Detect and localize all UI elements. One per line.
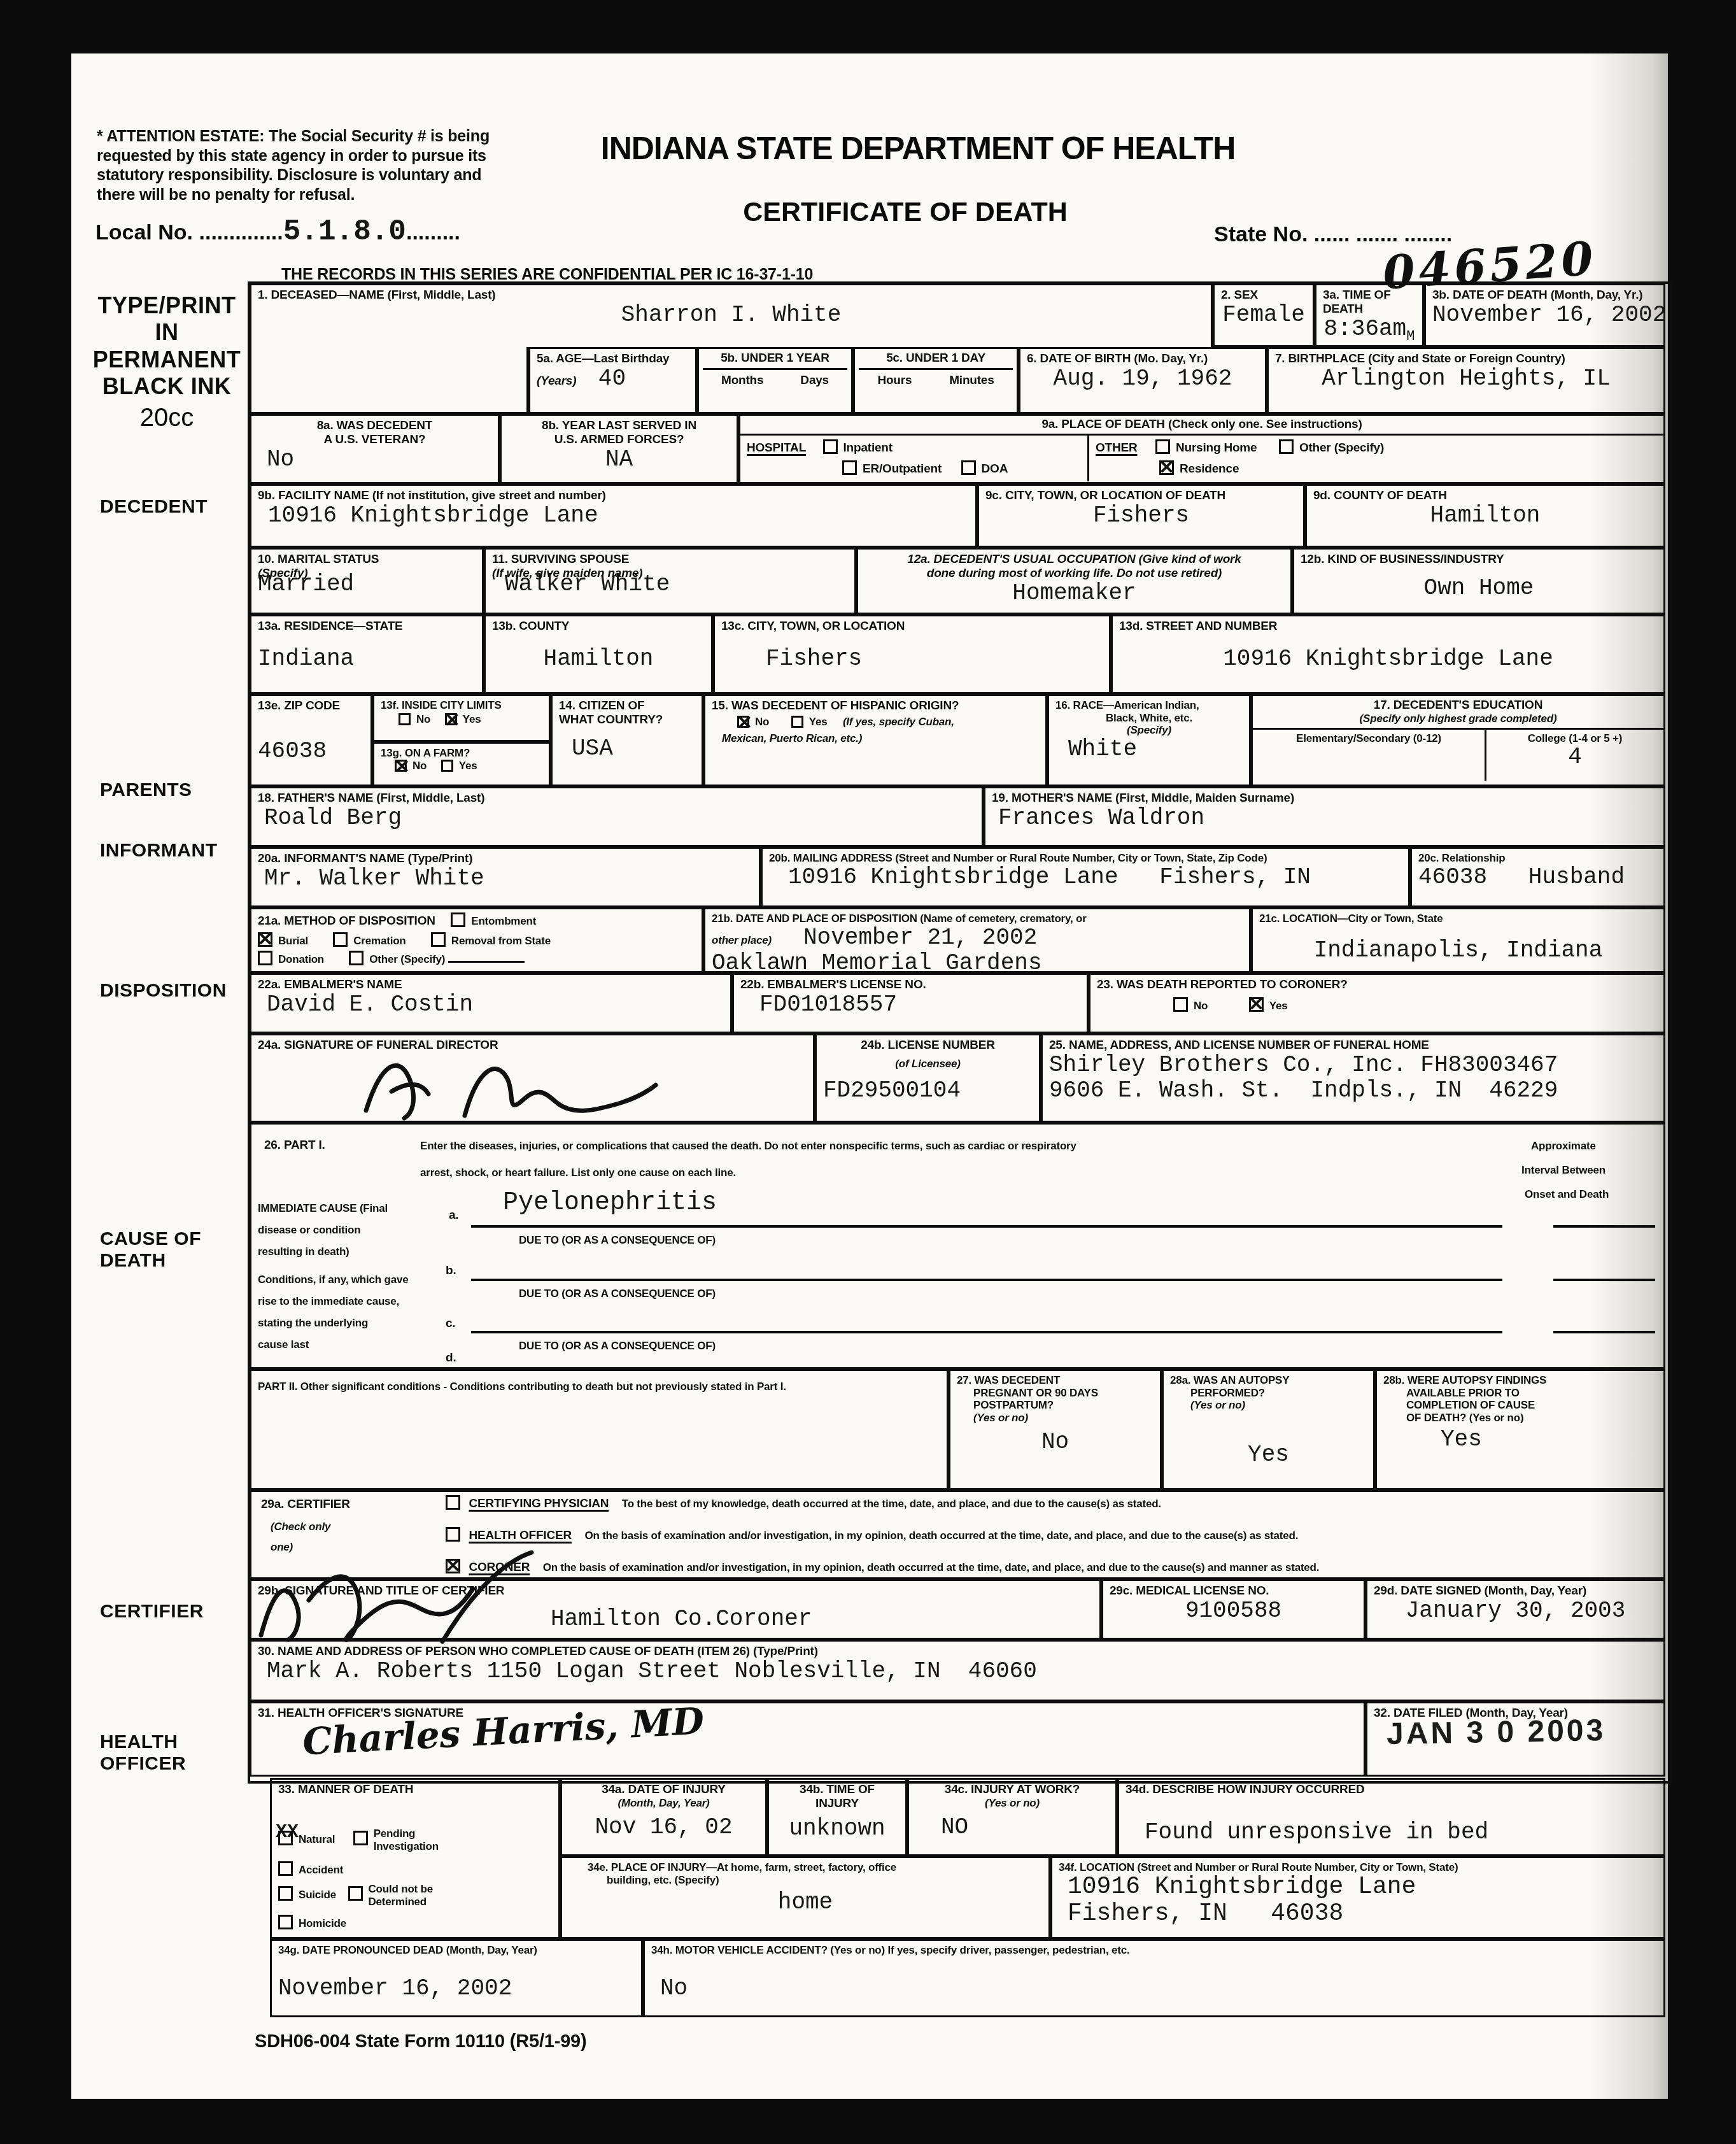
field-label: 18. FATHER'S NAME (First, Middle, Last) bbox=[258, 792, 975, 806]
field-value: 10916 Knightsbridge Lane bbox=[258, 503, 969, 529]
field-autopsy: 28a. WAS AN AUTOPSY PERFORMED? (Yes or n… bbox=[1162, 1369, 1375, 1490]
checkbox-removal bbox=[431, 932, 446, 947]
cause-line-b bbox=[471, 1253, 1502, 1281]
field-value: White bbox=[1055, 737, 1243, 762]
field-injury-at-work: 34c. INJURY AT WORK? (Yes or no) NO bbox=[907, 1778, 1117, 1856]
field-occupation: 12a. DECEDENT'S USUAL OCCUPATION (Give k… bbox=[856, 548, 1292, 614]
certifier-label: 29a. CERTIFIER bbox=[261, 1498, 350, 1512]
field-sublabel: (Specify) bbox=[1055, 724, 1243, 737]
field-label: INJURY bbox=[775, 1797, 899, 1811]
field-label: 22a. EMBALMER'S NAME bbox=[258, 978, 724, 992]
hispanic-hint: (If yes, specify Cuban, bbox=[843, 716, 954, 728]
field-label: 34a. DATE OF INJURY bbox=[568, 1783, 759, 1797]
field-value: Mr. Walker White bbox=[258, 866, 752, 891]
city-limits-yes-label: Yes bbox=[463, 713, 481, 725]
field-value: 46038 Husband bbox=[1418, 865, 1657, 890]
elementary-label: Elementary/Secondary (0-12) bbox=[1258, 732, 1479, 745]
local-no-label: Local No. bbox=[95, 220, 193, 245]
field-value: Hamilton bbox=[1313, 503, 1657, 529]
field-label: 20a. INFORMANT'S NAME (Type/Print) bbox=[258, 852, 752, 866]
page-title: INDIANA STATE DEPARTMENT OF HEALTH bbox=[536, 130, 1300, 167]
checkbox-nursing-home bbox=[1155, 439, 1170, 454]
sidebar-health-officer-line: HEALTH bbox=[100, 1731, 186, 1753]
pending-label: Investigation bbox=[374, 1840, 439, 1852]
field-informant-address: 20b. MAILING ADDRESS (Street and Number … bbox=[761, 847, 1410, 907]
field-funeral-home: 25. NAME, ADDRESS, AND LICENSE NUMBER OF… bbox=[1041, 1033, 1665, 1123]
field-residence-city: 13c. CITY, TOWN, OR LOCATION Fishers bbox=[713, 614, 1111, 694]
field-label: 5a. AGE—Last Birthday bbox=[537, 352, 689, 366]
interval-label: Approximate bbox=[1531, 1140, 1596, 1153]
checkbox-homicide bbox=[278, 1915, 293, 1929]
checkbox-disposition-other bbox=[349, 951, 363, 965]
field-label: 34b. TIME OF bbox=[775, 1783, 899, 1797]
field-on-a-farm: 13g. ON A FARM? No Yes bbox=[372, 742, 551, 786]
checkbox-coroner-yes bbox=[1249, 997, 1264, 1012]
natural-label: Natural bbox=[299, 1833, 335, 1845]
field-label: 15. WAS DECEDENT OF HISPANIC ORIGIN? bbox=[712, 699, 1039, 713]
field-label: 5c. UNDER 1 DAY bbox=[859, 351, 1013, 370]
checkbox-could-not-be-determined bbox=[348, 1886, 363, 1901]
field-value: Yes bbox=[1383, 1427, 1657, 1452]
sidebar-parents: PARENTS bbox=[100, 779, 192, 801]
field-label: 3a. TIME OF DEATH bbox=[1323, 288, 1416, 316]
field-label: COMPLETION OF CAUSE bbox=[1383, 1399, 1657, 1412]
field-sublabel: (of Licensee) bbox=[823, 1058, 1033, 1070]
education-college: College (1-4 or 5 +) 4 bbox=[1485, 730, 1663, 781]
field-informant-name: 20a. INFORMANT'S NAME (Type/Print) Mr. W… bbox=[250, 847, 761, 907]
field-label: WHAT COUNTRY? bbox=[559, 713, 695, 727]
field-value: No bbox=[957, 1430, 1154, 1455]
field-facility-name: 9b. FACILITY NAME (If not institution, g… bbox=[250, 484, 977, 548]
field-residence-state: 13a. RESIDENCE—STATE Indiana bbox=[250, 614, 484, 694]
field-label: 34h. MOTOR VEHICLE ACCIDENT? (Yes or no)… bbox=[651, 1944, 1657, 1957]
field-label: 3b. DATE OF DEATH (Month, Day, Yr.) bbox=[1432, 288, 1657, 302]
field-value: Arlington Heights, IL bbox=[1275, 366, 1657, 392]
col-days: Days bbox=[800, 374, 829, 388]
field-label: 34f. LOCATION (Street and Number or Rura… bbox=[1059, 1861, 1657, 1874]
burial-label: Burial bbox=[278, 935, 308, 947]
field-veteran: 8a. WAS DECEDENT A U.S. VETERAN? No bbox=[250, 414, 500, 484]
field-method-of-disposition: 21a. METHOD OF DISPOSITION Entombment Bu… bbox=[250, 907, 703, 973]
field-disposition-location: 21c. LOCATION—City or Town, State Indian… bbox=[1251, 907, 1665, 973]
checkbox-city-limits-yes bbox=[445, 713, 457, 725]
field-label: 6. DATE OF BIRTH (Mo. Day, Yr.) bbox=[1027, 352, 1259, 366]
field-label: 13c. CITY, TOWN, OR LOCATION bbox=[721, 620, 1103, 634]
field-label: 9b. FACILITY NAME (If not institution, g… bbox=[258, 489, 969, 503]
field-value: Frances Waldron bbox=[992, 806, 1657, 831]
field-time-of-injury: 34b. TIME OF INJURY unknown bbox=[767, 1778, 907, 1856]
conditions-label: stating the underlying bbox=[258, 1317, 368, 1330]
immediate-cause-label: IMMEDIATE CAUSE (Final bbox=[258, 1202, 388, 1215]
field-label: 1. DECEASED—NAME (First, Middle, Last) bbox=[258, 288, 1204, 302]
checkbox-other-specify bbox=[1279, 439, 1294, 454]
field-label: AVAILABLE PRIOR TO bbox=[1383, 1387, 1657, 1400]
other-label: OTHER bbox=[1096, 441, 1138, 455]
field-value: NO bbox=[915, 1815, 1109, 1840]
field-value: USA bbox=[559, 736, 695, 762]
field-label: 14. CITIZEN OF bbox=[559, 699, 695, 713]
field-value-suffix: M bbox=[1406, 329, 1415, 344]
field-label: 23. WAS DEATH REPORTED TO CORONER? bbox=[1097, 978, 1657, 992]
interval-line-c bbox=[1553, 1305, 1655, 1333]
field-label: 29d. DATE SIGNED (Month, Day, Year) bbox=[1374, 1584, 1657, 1598]
health-officer-option: HEALTH OFFICER On the basis of examinati… bbox=[446, 1527, 1655, 1543]
form-number: SDH06-004 State Form 10110 (R5/1-99) bbox=[255, 2031, 587, 2053]
could-not-label: Determined bbox=[369, 1896, 427, 1908]
local-no-value: 5.1.8.0 bbox=[283, 215, 406, 248]
sidebar-disposition: DISPOSITION bbox=[100, 980, 227, 1002]
sidebar-informant: INFORMANT bbox=[100, 840, 217, 862]
cremation-label: Cremation bbox=[353, 935, 406, 947]
checkbox-cremation bbox=[333, 932, 348, 947]
accident-label: Accident bbox=[299, 1864, 343, 1876]
field-label: 16. RACE—American Indian, bbox=[1055, 699, 1243, 712]
confidential-note: THE RECORDS IN THIS SERIES ARE CONFIDENT… bbox=[281, 266, 813, 284]
field-deceased-name: 1. DECEASED—NAME (First, Middle, Last) S… bbox=[250, 283, 1213, 347]
field-sublabel: (Specify only highest grade completed) bbox=[1259, 713, 1657, 725]
sidebar-health-officer: HEALTH OFFICER bbox=[100, 1731, 186, 1775]
state-no-label: State No. bbox=[1214, 222, 1308, 246]
checkbox-farm-no bbox=[395, 760, 407, 772]
field-value: Homemaker bbox=[864, 581, 1284, 606]
checkbox-doa bbox=[961, 460, 976, 475]
field-time-of-death: 3a. TIME OF DEATH 8:36amM bbox=[1315, 283, 1424, 347]
donation-label: Donation bbox=[278, 953, 324, 965]
local-no-dots-pre: .............. bbox=[199, 220, 283, 245]
place-other-group: OTHER Nursing Home Other (Specify) Resid… bbox=[1087, 436, 1663, 481]
field-value: 10916 Knightsbridge Lane Fishers, IN bbox=[769, 865, 1402, 890]
field-certifier-signature: 29b. SIGNATURE AND TITLE OF CERTIFIER Ha… bbox=[250, 1579, 1101, 1640]
checkbox-certifying-physician bbox=[446, 1495, 460, 1510]
page-subtitle: CERTIFICATE OF DEATH bbox=[619, 197, 1192, 228]
checkbox-city-limits-no bbox=[399, 713, 411, 725]
college-value: 4 bbox=[1492, 744, 1658, 770]
line-c-label: c. bbox=[446, 1317, 455, 1331]
coroner-no-label: No bbox=[1194, 1000, 1208, 1012]
field-label: 12b. KIND OF BUSINESS/INDUSTRY bbox=[1301, 553, 1657, 567]
field-label: A U.S. VETERAN? bbox=[258, 433, 491, 447]
certifier-sublabel: (Check only bbox=[271, 1521, 330, 1533]
field-value: David E. Costin bbox=[258, 992, 724, 1018]
field-hispanic-origin: 15. WAS DECEDENT OF HISPANIC ORIGIN? No … bbox=[703, 694, 1047, 786]
field-how-injury-occurred: 34d. DESCRIBE HOW INJURY OCCURRED Found … bbox=[1117, 1778, 1665, 1856]
field-label: 33. MANNER OF DEATH bbox=[278, 1783, 552, 1797]
field-residence-street: 13d. STREET AND NUMBER 10916 Knightsbrid… bbox=[1111, 614, 1665, 694]
coroner-option: CORONER On the basis of examination and/… bbox=[446, 1559, 1655, 1575]
field-date-of-death: 3b. DATE OF DEATH (Month, Day, Yr.) Nove… bbox=[1424, 283, 1665, 347]
part1-instructions: arrest, shock, or heart failure. List on… bbox=[420, 1167, 1490, 1179]
field-autopsy-findings: 28b. WERE AUTOPSY FINDINGS AVAILABLE PRI… bbox=[1375, 1369, 1665, 1490]
field-value: NA bbox=[508, 447, 730, 472]
line-d-label: d. bbox=[446, 1351, 456, 1365]
field-completed-by: 30. NAME AND ADDRESS OF PERSON WHO COMPL… bbox=[250, 1640, 1665, 1701]
field-label: 34g. DATE PRONOUNCED DEAD (Month, Day, Y… bbox=[278, 1944, 635, 1957]
field-label: 17. DECEDENT'S EDUCATION bbox=[1259, 699, 1657, 713]
field-label: PREGNANT OR 90 DAYS bbox=[957, 1387, 1154, 1400]
field-reported-to-coroner: 23. WAS DEATH REPORTED TO CORONER? No Ye… bbox=[1089, 973, 1665, 1033]
field-value: November 16, 2002 bbox=[1432, 302, 1657, 328]
pending-label: Pending bbox=[374, 1828, 416, 1840]
field-label: 8b. YEAR LAST SERVED IN bbox=[508, 419, 730, 433]
field-sublabel: building, etc. (Specify) bbox=[568, 1874, 1042, 1887]
nursing-home-label: Nursing Home bbox=[1176, 441, 1257, 455]
sidebar-instruction-line: BLACK INK bbox=[84, 373, 250, 400]
field-value: Married bbox=[258, 572, 476, 597]
field-manner-of-death: 33. MANNER OF DEATH XX Natural PendingIn… bbox=[270, 1778, 560, 1939]
field-value: January 30, 2003 bbox=[1374, 1598, 1657, 1624]
part1-label: 26. PART I. bbox=[264, 1139, 325, 1153]
field-pregnant: 27. WAS DECEDENT PREGNANT OR 90 DAYS POS… bbox=[949, 1369, 1162, 1490]
field-value: Indiana bbox=[258, 646, 476, 672]
education-elementary: Elementary/Secondary (0-12) bbox=[1253, 730, 1485, 781]
field-date-filed: 32. DATE FILED (Month, Day, Year) JAN 3 … bbox=[1366, 1701, 1665, 1777]
death-certificate-scan: * ATTENTION ESTATE: The Social Security … bbox=[0, 0, 1736, 2144]
health-officer-text: On the basis of examination and/or inves… bbox=[584, 1530, 1298, 1542]
field-death-county: 9d. COUNTY OF DEATH Hamilton bbox=[1305, 484, 1665, 548]
field-label: done during most of working life. Do not… bbox=[864, 567, 1284, 581]
doa-label: DOA bbox=[982, 462, 1008, 476]
checkbox-farm-yes bbox=[441, 760, 453, 772]
field-part2: PART II. Other significant conditions - … bbox=[250, 1369, 949, 1490]
part2-label: PART II. Other significant conditions - … bbox=[258, 1381, 940, 1393]
field-value: unknown bbox=[775, 1816, 899, 1842]
field-death-city: 9c. CITY, TOWN, OR LOCATION OF DEATH Fis… bbox=[977, 484, 1305, 548]
field-value: Walker White bbox=[492, 572, 848, 597]
field-date-signed: 29d. DATE SIGNED (Month, Day, Year) Janu… bbox=[1366, 1579, 1665, 1640]
field-sex: 2. SEX Female bbox=[1213, 283, 1315, 347]
field-injury-location: 34f. LOCATION (Street and Number or Rura… bbox=[1050, 1856, 1665, 1939]
field-value: home bbox=[568, 1890, 1042, 1915]
place-hospital-group: HOSPITAL Inpatient ER/Outpatient DOA bbox=[740, 436, 1087, 481]
field-value: Female bbox=[1221, 302, 1306, 328]
field-label: PERFORMED? bbox=[1170, 1387, 1367, 1400]
field-label: 7. BIRTHPLACE (City and State or Foreign… bbox=[1275, 352, 1657, 366]
line-b-label: b. bbox=[446, 1264, 456, 1278]
field-place-of-death: 9a. PLACE OF DEATH (Check only one. See … bbox=[738, 414, 1665, 484]
field-date-of-injury: 34a. DATE OF INJURY (Month, Day, Year) N… bbox=[560, 1778, 767, 1856]
interval-line-a bbox=[1553, 1200, 1655, 1228]
field-race: 16. RACE—American Indian, Black, White, … bbox=[1047, 694, 1251, 786]
field-sublabel: (Yes or no) bbox=[915, 1797, 1109, 1810]
field-funeral-director-signature: 24a. SIGNATURE OF FUNERAL DIRECTOR bbox=[250, 1033, 815, 1123]
field-value: Aug. 19, 1962 bbox=[1027, 366, 1259, 392]
field-date-place-disposition: 21b. DATE AND PLACE OF DISPOSITION (Name… bbox=[703, 907, 1251, 973]
field-label: 21c. LOCATION—City or Town, State bbox=[1259, 912, 1657, 925]
field-value: 40 bbox=[598, 366, 626, 392]
col-minutes: Minutes bbox=[949, 374, 994, 388]
field-value: No bbox=[651, 1976, 1657, 2001]
field-label: 28a. WAS AN AUTOPSY bbox=[1170, 1374, 1367, 1387]
field-label: 8a. WAS DECEDENT bbox=[258, 419, 491, 433]
field-age: 5a. AGE—Last Birthday (Years) 40 bbox=[528, 347, 697, 414]
field-label: 10. MARITAL STATUS bbox=[258, 553, 476, 567]
field-value: Fishers bbox=[985, 503, 1297, 529]
field-sublabel: other place) bbox=[712, 934, 772, 947]
field-label: 34d. DESCRIBE HOW INJURY OCCURRED bbox=[1126, 1783, 1657, 1797]
certifying-physician-option: CERTIFYING PHYSICIAN To the best of my k… bbox=[446, 1495, 1655, 1511]
field-embalmer-name: 22a. EMBALMER'S NAME David E. Costin bbox=[250, 973, 732, 1033]
sidebar-cause-of-death: CAUSE OF DEATH bbox=[100, 1228, 201, 1272]
disposition-date-value: November 21, 2002 bbox=[803, 925, 1037, 951]
interval-label: Interval Between bbox=[1521, 1164, 1605, 1177]
local-no: Local No. ..............5.1.8.0......... bbox=[95, 216, 460, 248]
checkbox-entombment bbox=[451, 912, 465, 927]
field-year-served: 8b. YEAR LAST SERVED IN U.S. ARMED FORCE… bbox=[500, 414, 738, 484]
field-value: Fishers bbox=[721, 646, 1103, 672]
could-not-label: Could not be bbox=[369, 1883, 433, 1895]
field-label: Black, White, etc. bbox=[1055, 712, 1243, 725]
field-father-name: 18. FATHER'S NAME (First, Middle, Last) … bbox=[250, 786, 984, 847]
funeral-home-line1: Shirley Brothers Co., Inc. FH83003467 bbox=[1049, 1053, 1657, 1078]
field-label: 13d. STREET AND NUMBER bbox=[1119, 620, 1657, 634]
checkbox-residence bbox=[1159, 460, 1174, 475]
field-deceased-name-cont bbox=[250, 347, 528, 414]
field-value: Sharron I. White bbox=[258, 302, 1204, 328]
field-label: 20c. Relationship bbox=[1418, 852, 1657, 865]
disposition-other-label: Other (Specify) bbox=[369, 953, 445, 965]
field-value: 8:36am bbox=[1324, 316, 1407, 342]
field-under-1-day: 5c. UNDER 1 DAY Hours Minutes bbox=[853, 347, 1019, 414]
field-label: 27. WAS DECEDENT bbox=[957, 1374, 1154, 1387]
entombment-label: Entombment bbox=[471, 915, 536, 927]
field-label: 34e. PLACE OF INJURY—At home, farm, stre… bbox=[568, 1861, 1042, 1874]
field-birthplace: 7. BIRTHPLACE (City and State or Foreign… bbox=[1267, 347, 1665, 414]
field-sublabel: (Years) bbox=[537, 374, 576, 388]
field-label: 21a. METHOD OF DISPOSITION bbox=[258, 914, 435, 928]
field-label: 21b. DATE AND PLACE OF DISPOSITION (Name… bbox=[712, 912, 1087, 925]
farm-yes-label: Yes bbox=[459, 760, 477, 772]
field-label: 5b. UNDER 1 YEAR bbox=[703, 351, 847, 370]
sidebar-cause-line: DEATH bbox=[100, 1250, 201, 1272]
checkbox-inpatient bbox=[823, 439, 838, 454]
sidebar-instruction-line: TYPE/PRINT bbox=[84, 292, 250, 319]
checkbox-accident bbox=[278, 1861, 293, 1876]
field-marital-status: 10. MARITAL STATUS (Specify) Married bbox=[250, 548, 484, 614]
hospital-label: HOSPITAL bbox=[747, 441, 806, 455]
immediate-cause-label: disease or condition bbox=[258, 1224, 360, 1237]
field-label: 19. MOTHER'S NAME (First, Middle, Maiden… bbox=[992, 792, 1657, 806]
line-a-label: a. bbox=[449, 1209, 458, 1223]
field-label: 11. SURVIVING SPOUSE bbox=[492, 553, 848, 567]
field-label: 9d. COUNTY OF DEATH bbox=[1313, 489, 1657, 503]
field-label: 9c. CITY, TOWN, OR LOCATION OF DEATH bbox=[985, 489, 1297, 503]
field-label: 2. SEX bbox=[1221, 288, 1306, 302]
field-value: No bbox=[258, 447, 491, 472]
field-value: 9100588 bbox=[1110, 1598, 1357, 1624]
disposition-place-value: Oaklawn Memorial Gardens bbox=[712, 951, 1243, 976]
conditions-label: cause last bbox=[258, 1338, 309, 1351]
sidebar-instruction-line: PERMANENT bbox=[84, 346, 250, 373]
field-value: 46038 bbox=[258, 739, 364, 764]
field-citizen: 14. CITIZEN OF WHAT COUNTRY? USA bbox=[551, 694, 703, 786]
checkbox-health-officer bbox=[446, 1527, 460, 1542]
field-label: 13f. INSIDE CITY LIMITS bbox=[381, 699, 542, 712]
field-label: 30. NAME AND ADDRESS OF PERSON WHO COMPL… bbox=[258, 1645, 1657, 1659]
homicide-label: Homicide bbox=[299, 1917, 346, 1929]
field-place-of-injury: 34e. PLACE OF INJURY—At home, farm, stre… bbox=[560, 1856, 1050, 1939]
checkbox-er-outpatient bbox=[842, 460, 857, 475]
field-label: POSTPARTUM? bbox=[957, 1399, 1154, 1412]
part1-instructions: Enter the diseases, injuries, or complic… bbox=[420, 1140, 1490, 1153]
college-label: College (1-4 or 5 +) bbox=[1492, 732, 1658, 745]
field-value: Nov 16, 02 bbox=[568, 1815, 759, 1840]
sidebar-volume: 20cc bbox=[84, 404, 250, 432]
sidebar-health-officer-line: OFFICER bbox=[100, 1753, 186, 1775]
local-no-dots-post: ......... bbox=[406, 220, 460, 245]
conditions-label: rise to the immediate cause, bbox=[258, 1295, 399, 1308]
col-hours: Hours bbox=[877, 374, 912, 388]
field-label: 13a. RESIDENCE—STATE bbox=[258, 620, 476, 634]
field-value: FD29500104 bbox=[823, 1078, 1033, 1104]
field-value: 10916 Knightsbridge Lane bbox=[1119, 646, 1657, 672]
other-specify-label: Other (Specify) bbox=[1299, 441, 1384, 455]
col-months: Months bbox=[721, 374, 763, 388]
field-label: 12a. DECEDENT'S USUAL OCCUPATION (Give k… bbox=[864, 553, 1284, 567]
field-value: Indianapolis, Indiana bbox=[1259, 938, 1657, 963]
field-label: 20b. MAILING ADDRESS (Street and Number … bbox=[769, 852, 1402, 865]
field-label: 22b. EMBALMER'S LICENSE NO. bbox=[740, 978, 1080, 992]
field-label: 25. NAME, ADDRESS, AND LICENSE NUMBER OF… bbox=[1049, 1039, 1657, 1053]
sidebar-instruction-line: IN bbox=[84, 319, 250, 346]
cause-line-c bbox=[471, 1305, 1502, 1333]
field-sublabel: (Month, Day, Year) bbox=[568, 1797, 759, 1810]
coroner-text: On the basis of examination and/or inves… bbox=[543, 1561, 1320, 1573]
injury-location-line1: 10916 Knightsbridge Lane bbox=[1059, 1874, 1657, 1901]
immediate-cause-label: resulting in death) bbox=[258, 1246, 349, 1258]
farm-no-label: No bbox=[413, 760, 427, 772]
field-industry: 12b. KIND OF BUSINESS/INDUSTRY Own Home bbox=[1292, 548, 1665, 614]
field-value: Own Home bbox=[1301, 576, 1657, 601]
field-motor-vehicle-accident: 34h. MOTOR VEHICLE ACCIDENT? (Yes or no)… bbox=[643, 1939, 1665, 2017]
field-value: November 16, 2002 bbox=[278, 1976, 635, 2001]
field-date-pronounced-dead: 34g. DATE PRONOUNCED DEAD (Month, Day, Y… bbox=[270, 1939, 643, 2017]
field-value: Mark A. Roberts 1150 Logan Street Nobles… bbox=[258, 1659, 1657, 1684]
field-informant-relationship: 20c. Relationship 46038 Husband bbox=[1410, 847, 1665, 907]
field-value: Found unresponsive in bed bbox=[1126, 1820, 1657, 1845]
checkbox-burial bbox=[258, 932, 272, 947]
checkbox-donation bbox=[258, 951, 272, 965]
residence-label: Residence bbox=[1180, 462, 1239, 476]
field-health-officer-signature: 31. HEALTH OFFICER'S SIGNATURE Charles H… bbox=[250, 1701, 1366, 1777]
cause-line-a bbox=[471, 1200, 1502, 1228]
due-to-label: DUE TO (OR AS A CONSEQUENCE OF) bbox=[519, 1288, 716, 1300]
field-value: Roald Berg bbox=[258, 806, 975, 831]
health-officer-label: HEALTH OFFICER bbox=[469, 1529, 572, 1542]
field-date-of-birth: 6. DATE OF BIRTH (Mo. Day, Yr.) Aug. 19,… bbox=[1019, 347, 1267, 414]
field-label: 9a. PLACE OF DEATH (Check only one. See … bbox=[740, 416, 1663, 436]
field-label: 34c. INJURY AT WORK? bbox=[915, 1783, 1109, 1797]
field-surviving-spouse: 11. SURVIVING SPOUSE (If wife, give maid… bbox=[484, 548, 856, 614]
field-label: 29c. MEDICAL LICENSE NO. bbox=[1110, 1584, 1357, 1598]
certifying-physician-text: To the best of my knowledge, death occur… bbox=[622, 1498, 1161, 1510]
checkbox-hispanic-no bbox=[737, 716, 749, 728]
field-education: 17. DECEDENT'S EDUCATION (Specify only h… bbox=[1251, 694, 1665, 786]
field-label: 13b. COUNTY bbox=[492, 620, 705, 634]
field-inside-city-limits: 13f. INSIDE CITY LIMITS No Yes bbox=[372, 694, 551, 742]
interval-line-b bbox=[1553, 1253, 1655, 1281]
field-embalmer-license: 22b. EMBALMER'S LICENSE NO. FD01018557 bbox=[732, 973, 1089, 1033]
sidebar-instruction: TYPE/PRINT IN PERMANENT BLACK INK bbox=[84, 292, 250, 401]
field-residence-county: 13b. COUNTY Hamilton bbox=[484, 614, 713, 694]
field-sublabel: OF DEATH? (Yes or no) bbox=[1383, 1412, 1657, 1424]
field-mother-name: 19. MOTHER'S NAME (First, Middle, Maiden… bbox=[984, 786, 1665, 847]
attention-note: * ATTENTION ESTATE: The Social Security … bbox=[97, 127, 511, 204]
suicide-label: Suicide bbox=[299, 1889, 336, 1901]
field-label: U.S. ARMED FORCES? bbox=[508, 433, 730, 447]
field-label: 28b. WERE AUTOPSY FINDINGS bbox=[1383, 1374, 1657, 1387]
inpatient-label: Inpatient bbox=[843, 441, 893, 455]
field-value: FD01018557 bbox=[740, 992, 1080, 1018]
